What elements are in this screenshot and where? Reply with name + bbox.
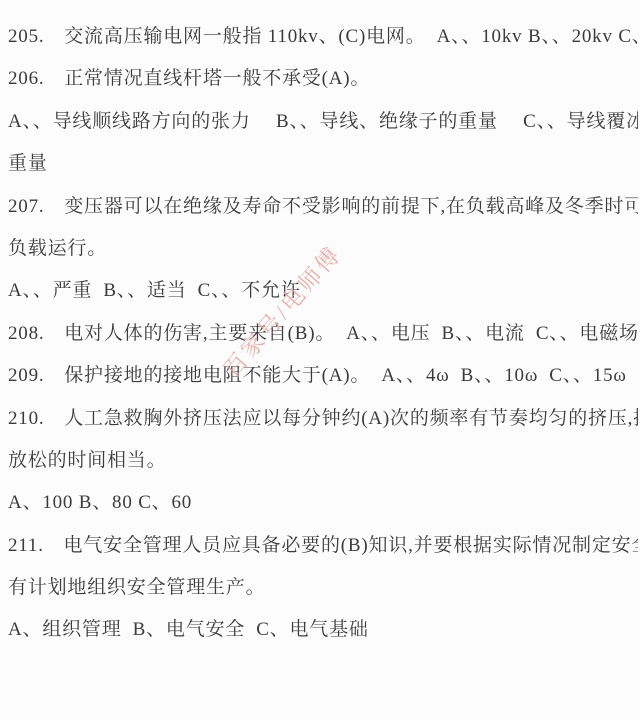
question-206-options-continued: 重量 bbox=[8, 143, 638, 185]
document-page: 百家号/电师傅 205. 交流高压输电网一般指 110kv、(C)电网。 A、、… bbox=[0, 0, 640, 720]
question-205: 205. 交流高压输电网一般指 110kv、(C)电网。 A、、10kv B、、… bbox=[8, 16, 638, 58]
question-list: 205. 交流高压输电网一般指 110kv、(C)电网。 A、、10kv B、、… bbox=[8, 16, 638, 652]
question-207-line-2: 负载运行。 bbox=[8, 228, 638, 270]
question-210-line-2: 放松的时间相当。 bbox=[8, 440, 638, 482]
question-210-line-1: 210. 人工急救胸外挤压法应以每分钟约(A)次的频率有节奏均匀的挤压,挤压与 bbox=[8, 398, 638, 440]
question-206-options: A、、导线顺线路方向的张力 B、、导线、绝缘子的重量 C、、导线覆冰的 bbox=[8, 101, 638, 143]
question-210-options: A、100 B、80 C、60 bbox=[8, 482, 638, 524]
question-211-line-1: 211. 电气安全管理人员应具备必要的(B)知识,并要根据实际情况制定安全措施, bbox=[8, 525, 638, 567]
question-211-options: A、组织管理 B、电气安全 C、电气基础 bbox=[8, 609, 638, 651]
question-207-line-1: 207. 变压器可以在绝缘及寿命不受影响的前提下,在负载高峰及冬季时可(B)过 bbox=[8, 186, 638, 228]
question-206: 206. 正常情况直线杆塔一般不承受(A)。 bbox=[8, 58, 638, 100]
question-207-options: A、、严重 B、、适当 C、、不允许 bbox=[8, 270, 638, 312]
question-209: 209. 保护接地的接地电阻不能大于(A)。 A、、4ω B、、10ω C、、1… bbox=[8, 355, 638, 397]
question-208: 208. 电对人体的伤害,主要来自(B)。 A、、电压 B、、电流 C、、电磁场 bbox=[8, 313, 638, 355]
question-211-line-2: 有计划地组织安全管理生产。 bbox=[8, 567, 638, 609]
